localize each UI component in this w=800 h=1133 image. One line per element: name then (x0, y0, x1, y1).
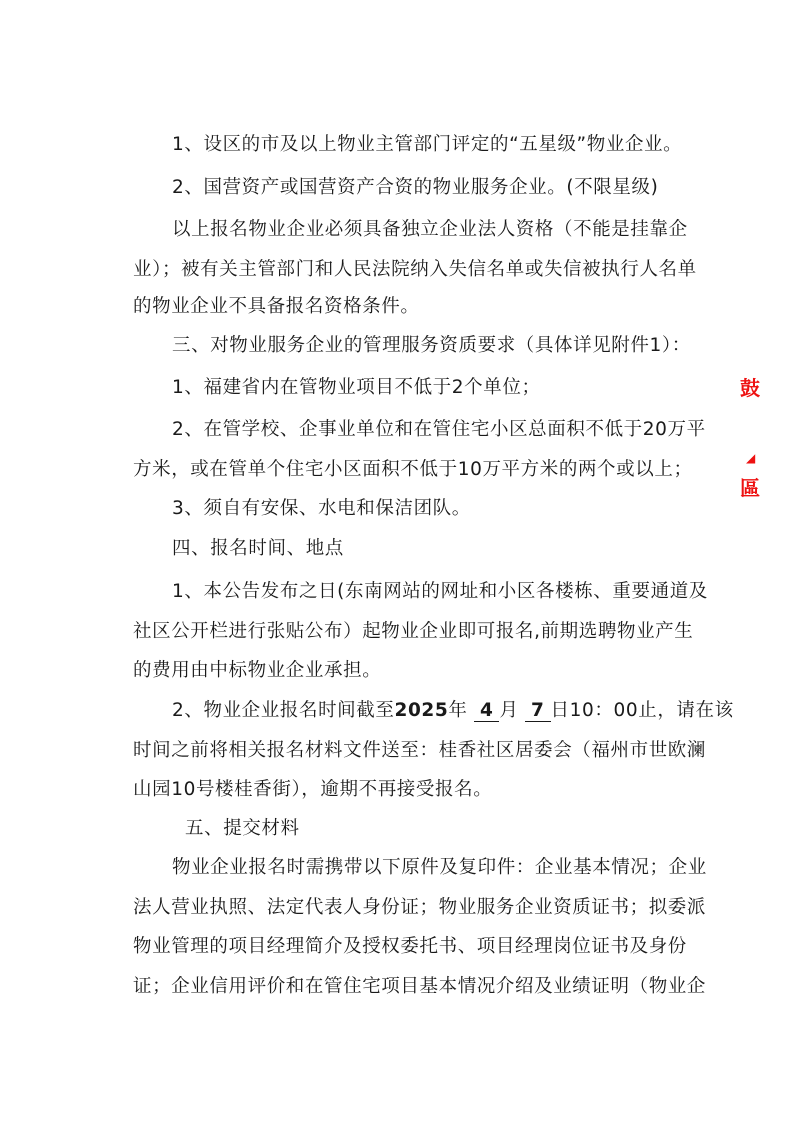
deadline-year: 2025 (394, 700, 448, 721)
document-text-line: 2、国营资产或国营资产合资的物业服务企业。(不限星级) (172, 176, 702, 200)
document-text-line: 山园10号楼桂香街），逾期不再接受报名。 (133, 778, 663, 802)
seal-fragment-mid: ◢ (746, 448, 755, 468)
document-text-line: 方米，或在管单个住宅小区面积不低于10万平方米的两个或以上； (133, 458, 663, 482)
document-text-line: 的物业企业不具备报名资格条件。 (133, 295, 663, 319)
document-text-line: 以上报名物业企业必须具备独立企业法人资格（不能是挂靠企 (172, 218, 702, 242)
document-text-line: 业）；被有关主管部门和人民法院纳入失信名单或失信被执行人名单 (133, 258, 663, 282)
document-page: 1、设区的市及以上物业主管部门评定的“五星级”物业企业。2、国营资产或国营资产合… (0, 0, 800, 1133)
document-text-line: 五、提交材料 (185, 817, 715, 841)
document-text-line: 证；企业信用评价和在管住宅项目基本情况介绍及业绩证明（物业企 (133, 975, 663, 999)
deadline-month-unit: 月 (499, 700, 518, 721)
document-text-line: 四、报名时间、地点 (172, 537, 702, 561)
registration-deadline-line: 2、物业企业报名时间截至2025年 4月 7日10：00止，请在该 (172, 699, 702, 723)
document-text-line: 1、本公告发布之日(东南网站的网址和小区各楼栋、重要通道及 (172, 580, 702, 604)
seal-fragment-top: 鼓 (740, 378, 760, 398)
deadline-prefix: 2、物业企业报名时间截至 (172, 700, 394, 721)
document-text-line: 物业企业报名时需携带以下原件及复印件：企业基本情况；企业 (172, 856, 702, 880)
seal-fragment-bottom: 區 (740, 478, 760, 498)
deadline-month: 4 (474, 701, 499, 722)
document-text-line: 三、对物业服务企业的管理服务资质要求（具体详见附件1）： (172, 334, 702, 358)
document-text-line: 1、设区的市及以上物业主管部门评定的“五星级”物业企业。 (172, 133, 702, 157)
document-text-line: 1、福建省内在管物业项目不低于2个单位； (172, 376, 702, 400)
document-text-line: 法人营业执照、法定代表人身份证；物业服务企业资质证书；拟委派 (133, 896, 663, 920)
document-text-line: 2、在管学校、企事业单位和在管住宅小区总面积不低于20万平 (172, 418, 702, 442)
document-text-line: 物业管理的项目经理简介及授权委托书、项目经理岗位证书及身份 (133, 935, 663, 959)
deadline-year-unit: 年 (448, 700, 467, 721)
document-text-line: 时间之前将相关报名材料文件送至：桂香社区居委会（福州市世欧澜 (133, 739, 663, 763)
document-text-line: 3、须自有安保、水电和保洁团队。 (172, 497, 702, 521)
deadline-day: 7 (525, 701, 550, 722)
deadline-day-unit: 日10：00止，请在该 (551, 700, 734, 721)
document-text-line: 的费用由中标物业企业承担。 (133, 659, 663, 683)
red-seal-stamp-partial: 鼓 ◢ 區 (736, 378, 766, 528)
document-text-line: 社区公开栏进行张贴公布）起物业企业即可报名,前期选聘物业产生 (133, 620, 663, 644)
